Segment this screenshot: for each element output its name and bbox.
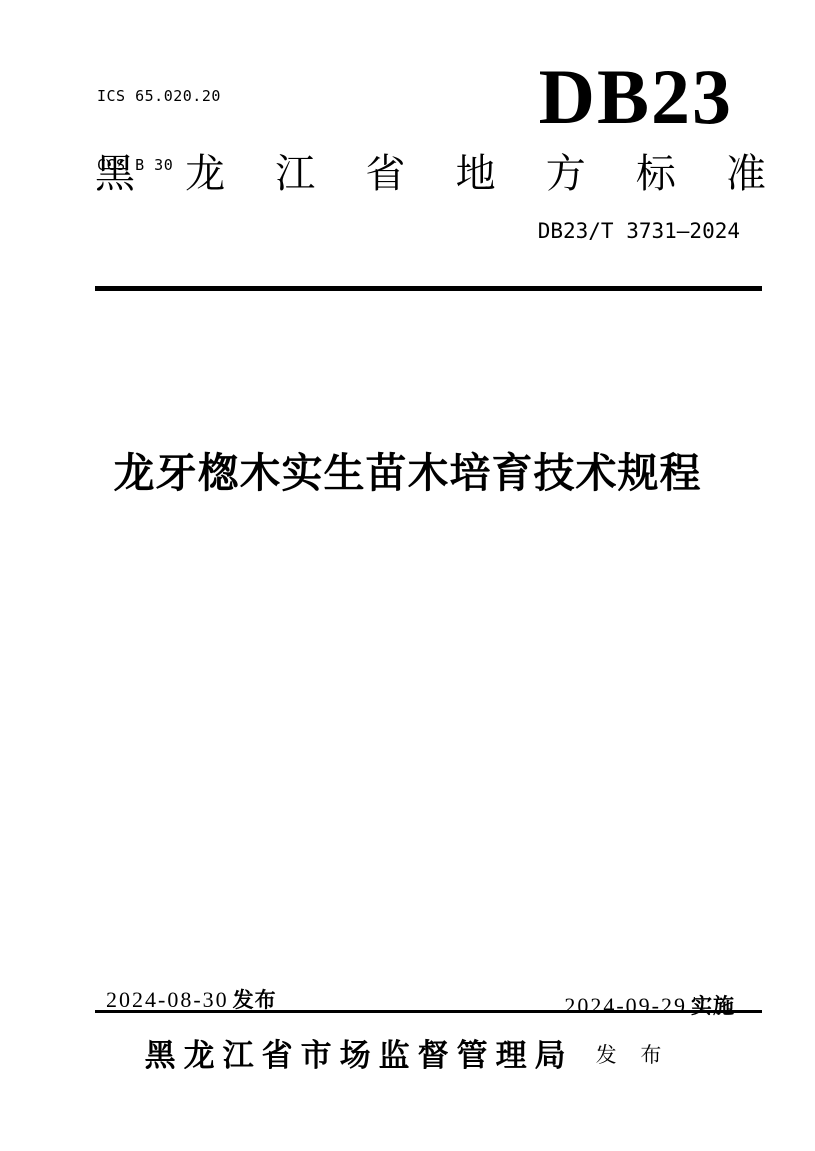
implement-date-block: 2024-09-29实施	[564, 990, 735, 1020]
publisher-name: 黑龙江省市场监督管理局	[145, 1038, 574, 1073]
standard-type-name: 黑 龙 江 省 地 方 标 准	[95, 150, 766, 198]
issue-date: 2024-08-30	[106, 987, 229, 1012]
standard-number: DB23/T 3731—2024	[538, 219, 740, 243]
publish-label: 发 布	[596, 1044, 671, 1067]
standard-cover-page: ICS 65.020.20 CCS B 30 DB23 黑 龙 江 省 地 方 …	[0, 0, 815, 1151]
footer-divider-line	[95, 1010, 762, 1013]
issue-date-label: 发布	[233, 989, 277, 1012]
header-divider-line	[95, 286, 762, 291]
db23-logo: DB23	[539, 58, 733, 136]
implement-date-label: 实施	[691, 995, 735, 1018]
ics-code: ICS 65.020.20	[97, 85, 221, 108]
implement-date: 2024-09-29	[564, 993, 687, 1018]
document-title: 龙牙楤木实生苗木培育技术规程	[0, 440, 815, 499]
publisher-row: 黑龙江省市场监督管理局发 布	[0, 1030, 815, 1075]
